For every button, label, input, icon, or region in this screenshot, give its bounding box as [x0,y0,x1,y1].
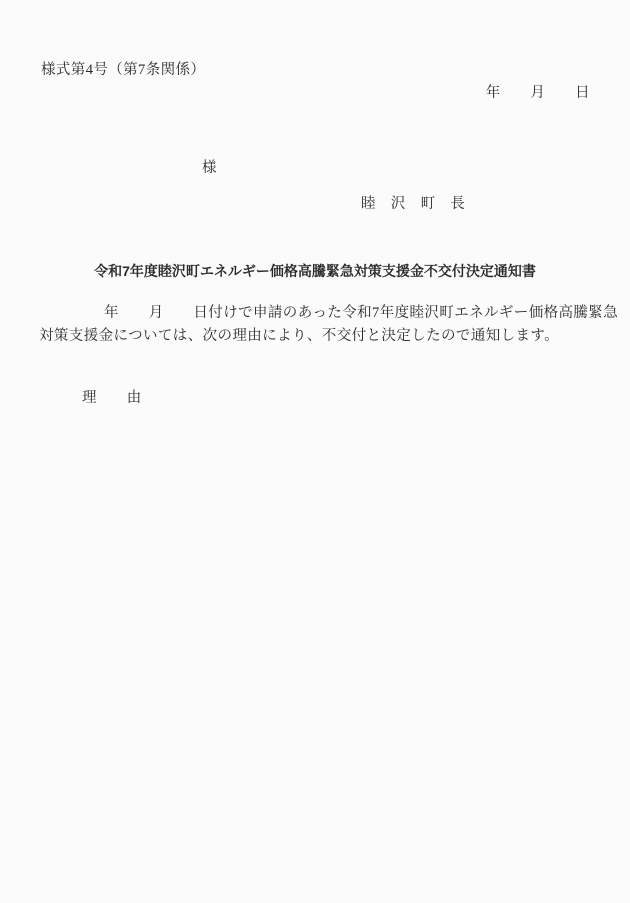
document-title: 令和7年度睦沢町エネルギー価格高騰緊急対策支援金不交付決定通知書 [0,262,630,280]
date-blank-line: 年 月 日 [486,84,590,103]
body-paragraph-line-1: 年 月 日付けで申請のあった令和7年度睦沢町エネルギー価格高騰緊急 [104,304,618,323]
sender-title: 睦 沢 町 長 [361,195,465,214]
addressee-honorific: 様 [202,159,217,178]
body-paragraph-line-2: 対策支援金については、次の理由により、不交付と決定したので通知します。 [39,327,559,346]
document-page: 様式第4号（第7条関係） 年 月 日 様 睦 沢 町 長 令和7年度睦沢町エネル… [0,0,630,903]
form-number-label: 様式第4号（第7条関係） [41,61,205,80]
reason-label: 理 由 [82,389,142,408]
